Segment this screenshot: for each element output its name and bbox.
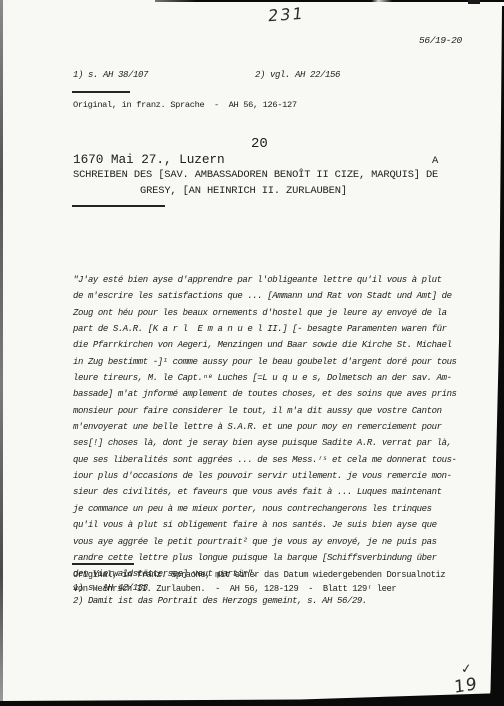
carryover-source-note: Original, in franz. Sprache - AH 56, 126… [73,100,297,110]
quote-line: in Zug bestimmt -]¹ comme aussy pour le … [73,354,457,370]
scan-edge-left [0,0,3,701]
document-page: 231 56/19-20 1) s. AH 38/107 2) vgl. AH … [0,0,504,706]
scan-edge-bottom [0,692,504,706]
carryover-footnote-1: 1) s. AH 38/107 [73,70,148,80]
scan-edge-right [488,0,504,706]
quote-line: de m'escrire les satisfactions que ... [… [73,288,457,304]
quote-line: "J'ay esté bien ayse d'apprendre par l'o… [73,272,457,288]
entry-footnotes: 1) s. AH 42/1332) Damit ist das Portrait… [73,528,367,609]
quote-line: part de S.A.R. [K a r l E m a n u e l II… [73,321,457,337]
handwritten-corner-number: 19 [454,674,478,698]
quote-line: sieur des civilités, et faveurs que vous… [73,484,457,500]
quote-line: Zoug ont héu pour les beaux ornements d'… [73,305,457,321]
footnote-line: 2) Damit ist das Portrait des Herzogs ge… [73,595,367,608]
quote-line: monsieur pour faire considerer le tout, … [73,403,457,419]
entry-date-place: 1670 Mai 27., Luzern [73,152,225,167]
quote-line: ses[!] choses là, dont je seray bien ays… [73,435,457,451]
entry-title-line-2: GRESY, [AN HEINRICH II. ZURLAUBEN] [140,185,347,197]
quote-line: que ses liberalités sont aggrées ... de … [73,452,457,468]
archive-reference: 56/19-20 [419,35,462,46]
source-note-line-1: Original, in franz. Sprache, mit einer d… [73,570,445,580]
footnote-divider-top [72,91,130,93]
entry-number: 20 [251,136,268,152]
quote-line: m'envoyerat une belle lettre à S.A.R. et… [73,419,457,435]
quote-line: bassade] m'at jnformé amplement de toute… [73,386,457,402]
handwritten-page-number: 231 [267,4,305,26]
quote-line: leure tireurs, M. le Capt.ⁿᵉ Luches [=L … [73,370,457,386]
title-divider [72,205,165,207]
quote-line: je commance un peu à me mieux porter, no… [73,501,457,517]
entry-title-line-1: SCHREIBEN DES [SAV. AMBASSADOREN BENOÎT … [73,169,438,181]
quote-line: iour plus d'occasions de les pouvoir ser… [73,468,457,484]
source-note-line-2: von Heinrich II. Zurlauben. - AH 56, 128… [73,584,396,594]
scan-edge-top [155,0,504,2]
carryover-footnote-2: 2) vgl. AH 22/156 [255,70,340,80]
quote-line: die Pfarrkirchen von Aegeri, Menzingen u… [73,337,457,353]
scan-edge-top-tick [468,0,480,4]
footnote-divider-bottom [72,563,134,565]
series-letter: A [432,155,438,167]
